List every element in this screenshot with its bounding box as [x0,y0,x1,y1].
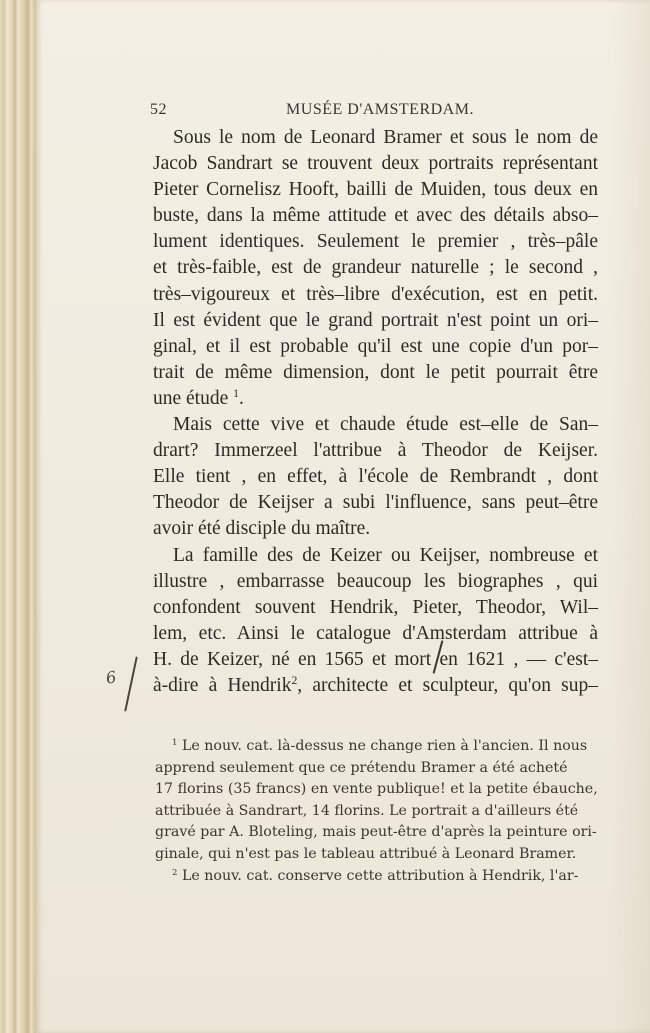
text-line: Theodor de Keijser a subi l'influence, s… [153,490,598,516]
text-fragment: Le nouv. cat. conserve cette attribution… [182,868,578,884]
footnote-line: apprend seulement que ce prétendu Bramer… [155,758,598,780]
footnote-line: 2 Le nouv. cat. conserve cette attributi… [155,866,598,888]
text-fragment: , architecte et sculpteur, qu'on sup– [297,675,598,696]
text-line: à-dire à Hendrik2, architecte et sculpte… [153,673,598,699]
footnote-marker-2: 2 [172,867,177,877]
text-line: buste, dans la même attitude et avec des… [153,203,598,229]
text-line: drart? Immerzeel l'attribue à Theodor de… [153,438,598,464]
handwritten-digit: 6 [104,667,117,687]
text-line: Elle tient , en effet, à l'école de Remb… [153,464,598,490]
text-fragment: à-dire à Hendrik [153,675,291,696]
text-line: lument identiques. Seulement le premier … [153,229,598,255]
text-line: Jacob Sandrart se trouvent deux portrait… [153,151,598,177]
text-line: très–vigoureux et très–libre d'exécution… [153,282,598,308]
handwritten-stroke [124,656,138,711]
running-title: MUSÉE D'AMSTERDAM. [150,101,598,119]
text-line: confondent souvent Hendrik, Pieter, Theo… [153,595,598,621]
text-fragment: . [239,388,244,409]
body-text: Sous le nom de Leonard Bramer et sous le… [153,125,598,699]
text-line: avoir été disciple du maître. [153,516,598,542]
footnote-line: 17 florins (35 francs) en vente publique… [155,779,598,801]
text-line: La famille des de Keizer ou Keijser, nom… [153,543,598,569]
text-line: ginal, et il est probable qu'il est une … [153,334,598,360]
footnote-line: gravé par A. Bloteling, mais peut-être d… [155,822,598,844]
text-line: Il est évident que le grand portrait n'e… [153,308,598,334]
text-line: Pieter Cornelisz Hooft, bailli de Muiden… [153,177,598,203]
footnote-line: attribuée à Sandrart, 14 florins. Le por… [155,801,598,823]
footnotes: 1 Le nouv. cat. là-dessus ne change rien… [155,736,598,887]
text-line: et très-faible, est de grandeur naturell… [153,255,598,281]
text-line: trait de même dimension, dont le petit p… [153,360,598,386]
text-line: illustre , embarrasse beaucoup les biogr… [153,569,598,595]
text-line: H. de Keizer, né en 1565 et mort en 1621… [153,647,598,673]
stacked-page-edges [0,0,36,1033]
running-head: 52 MUSÉE D'AMSTERDAM. [150,101,598,121]
text-line: Mais cette vive et chaude étude est–elle… [153,412,598,438]
text-fragment: une étude [153,388,228,409]
margin-annotation: 6 [106,650,146,712]
footnote-line: 1 Le nouv. cat. là-dessus ne change rien… [155,736,598,758]
text-line: Sous le nom de Leonard Bramer et sous le… [153,125,598,151]
text-fragment: Le nouv. cat. là-dessus ne change rien à… [182,738,587,754]
text-line: une étude 1. [153,386,598,412]
footnote-line: ginale, qui n'est pas le tableau attribu… [155,844,598,866]
text-line: lem, etc. Ainsi le catalogue d'Amsterdam… [153,621,598,647]
footnote-marker-1: 1 [172,738,177,748]
